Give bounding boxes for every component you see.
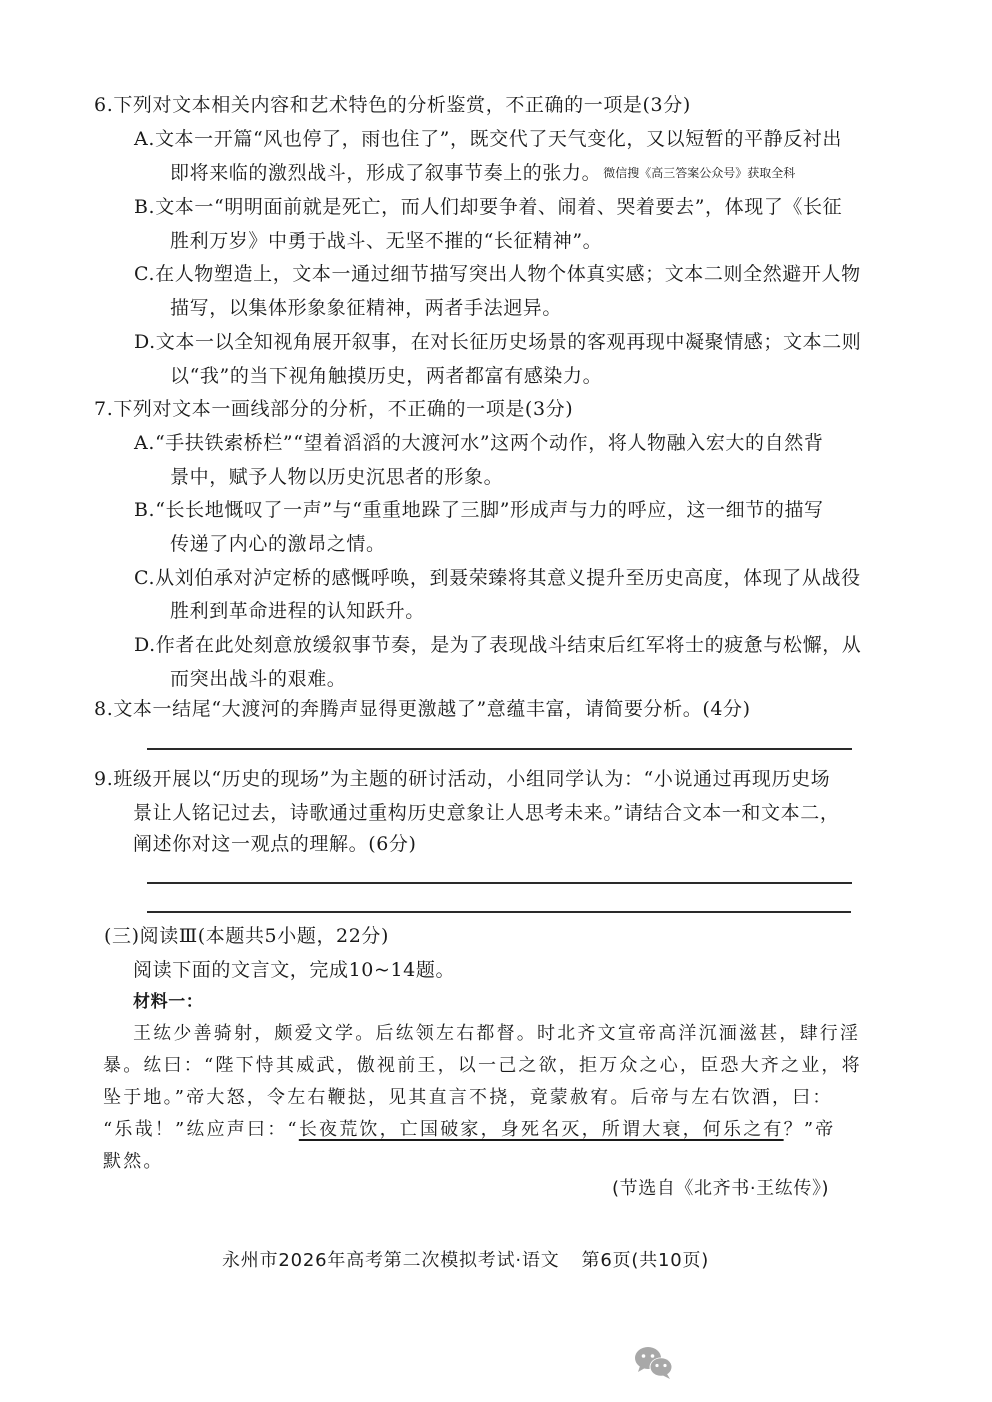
question-8-stem: 8.文本一结尾“大渡河的奔腾声显得更激越了”意蕴丰富，请简要分析。(4分) — [94, 697, 751, 721]
section-3-instruction: 阅读下面的文言文，完成10~14题。 — [133, 958, 455, 982]
q6-option-c-line1: C.在人物塑造上，文本一通过细节描写突出人物个体真实感；文本二则全然避开人物 — [134, 262, 861, 286]
passage-line-4: “乐哉！”纮应声曰：“长夜荒饮，亡国破家，身死名灭，所谓大衰，何乐之有？”帝 — [103, 1118, 835, 1142]
q7-option-d-line1: D.作者在此处刻意放缓叙事节奏，是为了表现战斗结束后红军将士的疲惫与松懈，从 — [134, 633, 861, 657]
question-6-stem: 6.下列对文本相关内容和艺术特色的分析鉴赏，不正确的一项是(3分) — [94, 93, 691, 117]
exam-page: 6.下列对文本相关内容和艺术特色的分析鉴赏，不正确的一项是(3分) A.文本一开… — [0, 0, 992, 1402]
footer-page-info: 第6页(共10页) — [582, 1250, 710, 1271]
question-7-stem: 7.下列对文本一画线部分的分析，不正确的一项是(3分) — [94, 397, 573, 421]
question-9-line2: 景让人铭记过去，诗歌通过重构历史意象让人思考未来。”请结合文本一和文本二， — [133, 801, 839, 825]
q6-option-b-line2: 胜利万岁》中勇于战斗、无坚不摧的“长征精神”。 — [170, 229, 602, 253]
q7-option-b-line2: 传递了内心的激昂之情。 — [170, 532, 386, 556]
q6-option-a-line2: 即将来临的激烈战斗，形成了叙事节奏上的张力。微信搜《高三答案公众号》获取全科 — [170, 161, 795, 185]
passage-line-1: 王纮少善骑射，颇爱文学。后纮领左右都督。时北齐文宣帝高洋沉湎滋甚，肆行淫 — [133, 1022, 860, 1046]
q7-option-a-line1: A.“手扶铁索桥栏”“望着滔滔的大渡河水”这两个动作，将人物融入宏大的自然背 — [134, 431, 823, 455]
wechat-icon — [632, 1345, 676, 1381]
q6-option-d-line2: 以“我”的当下视角触摸历史，两者都富有感染力。 — [170, 364, 602, 388]
q7-option-d-line2: 而突出战斗的艰难。 — [170, 667, 346, 691]
q7-option-c-line2: 胜利到革命进程的认知跃升。 — [170, 599, 425, 623]
q7-option-c-line1: C.从刘伯承对泸定桥的感慨呼唤，到聂荣臻将其意义提升至历史高度，体现了从战役 — [134, 566, 861, 590]
material-1-label: 材料一： — [133, 990, 203, 1014]
underlined-sentence: 长夜荒饮，亡国破家，身死名灭，所谓大衰，何乐之有 — [299, 1119, 784, 1140]
q8-answer-line — [147, 748, 852, 750]
footer-exam-title: 永州市2026年高考第二次模拟考试·语文 — [222, 1250, 560, 1271]
inline-watermark: 微信搜《高三答案公众号》获取全科 — [603, 166, 795, 180]
page-footer: 永州市2026年高考第二次模拟考试·语文第6页(共10页) — [222, 1249, 709, 1273]
q9-answer-line-1 — [147, 882, 852, 884]
passage-line-4-pre: “乐哉！”纮应声曰：“ — [103, 1119, 299, 1140]
section-3-heading: (三)阅读Ⅲ(本题共5小题，22分) — [104, 924, 389, 948]
question-9-line1: 9.班级开展以“历史的现场”为主题的研讨活动，小组同学认为：“小说通过再现历史场 — [94, 767, 830, 791]
passage-source: (节选自《北齐书·王纮传》) — [612, 1177, 829, 1201]
q6-option-a-text: 即将来临的激烈战斗，形成了叙事节奏上的张力。 — [170, 162, 601, 184]
q6-option-c-line2: 描写，以集体形象象征精神，两者手法迥异。 — [170, 296, 562, 320]
q9-answer-line-2 — [147, 911, 851, 913]
passage-line-3: 坠于地。”帝大怒，令左右鞭挞，见其直言不挠，竟蒙赦宥。后帝与左右饮酒，曰： — [103, 1086, 833, 1110]
q6-option-d-line1: D.文本一以全知视角展开叙事，在对长征历史场景的客观再现中凝聚情感；文本二则 — [134, 330, 861, 354]
passage-line-4-post: ？”帝 — [784, 1119, 836, 1140]
passage-line-5: 默然。 — [103, 1150, 164, 1174]
question-9-line3: 阐述你对这一观点的理解。(6分) — [133, 832, 417, 856]
q7-option-b-line1: B.“长长地慨叹了一声”与“重重地跺了三脚”形成声与力的呼应，这一细节的描写 — [134, 498, 824, 522]
q6-option-b-line1: B.文本一“明明面前就是死亡，而人们却要争着、闹着、哭着要去”，体现了《长征 — [134, 195, 842, 219]
q6-option-a-line1: A.文本一开篇“风也停了，雨也住了”，既交代了天气变化，又以短暂的平静反衬出 — [134, 127, 842, 151]
q7-option-a-line2: 景中，赋予人物以历史沉思者的形象。 — [170, 465, 503, 489]
passage-line-2: 暴。纮曰：“陛下恃其威武，傲视前王，以一己之欲，拒万众之心，臣恐大齐之业，将 — [103, 1054, 862, 1078]
